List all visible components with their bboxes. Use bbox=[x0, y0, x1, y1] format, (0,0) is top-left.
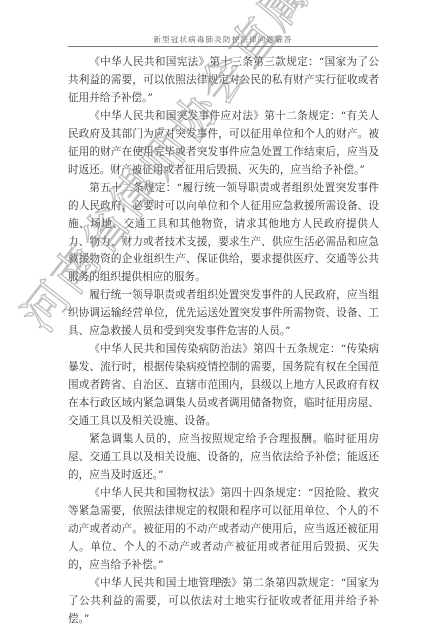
paragraph-constitution: 《中华人民共和国宪法》第十三条第三款规定：“国家为了公共利益的需要，可以依照法律… bbox=[68, 54, 379, 108]
paragraph-emergency-response-art52-cont: 履行统一领导职责或者组织处置突发事件的人民政府，应当组织协调运输经营单位，优先运… bbox=[68, 287, 379, 341]
paragraph-property-law-art44: 《中华人民共和国物权法》第四十四条规定：“因抢险、救灾等紧急需要，依照法律规定的… bbox=[68, 485, 379, 575]
page-number: 17 bbox=[0, 577, 445, 585]
paragraph-infectious-disease-art45-cont: 紧急调集人员的，应当按照规定给予合理报酬。临时征用房屋、交通工具以及相关设施、设… bbox=[68, 431, 379, 485]
running-header: 新型冠状病毒肺炎防控法律问题解答 bbox=[68, 34, 378, 45]
paragraph-infectious-disease-art45: 《中华人民共和国传染病防治法》第四十五条规定：“传染病暴发、流行时，根据传染病疫… bbox=[68, 341, 379, 431]
document-body: 《中华人民共和国宪法》第十三条第三款规定：“国家为了公共利益的需要，可以依照法律… bbox=[68, 54, 379, 628]
paragraph-emergency-response-art12: 《中华人民共和国突发事件应对法》第十二条规定：“有关人民政府及其部门为应对突发事… bbox=[68, 108, 379, 180]
paragraph-emergency-response-art52: 第五十二条规定：“履行统一领导职责或者组织处置突发事件的人民政府，必要时可以向单… bbox=[68, 180, 379, 288]
header-divider bbox=[68, 46, 378, 47]
document-page: 新型冠状病毒肺炎防控法律问题解答 《中华人民共和国宪法》第十三条第三款规定：“国… bbox=[0, 0, 445, 628]
